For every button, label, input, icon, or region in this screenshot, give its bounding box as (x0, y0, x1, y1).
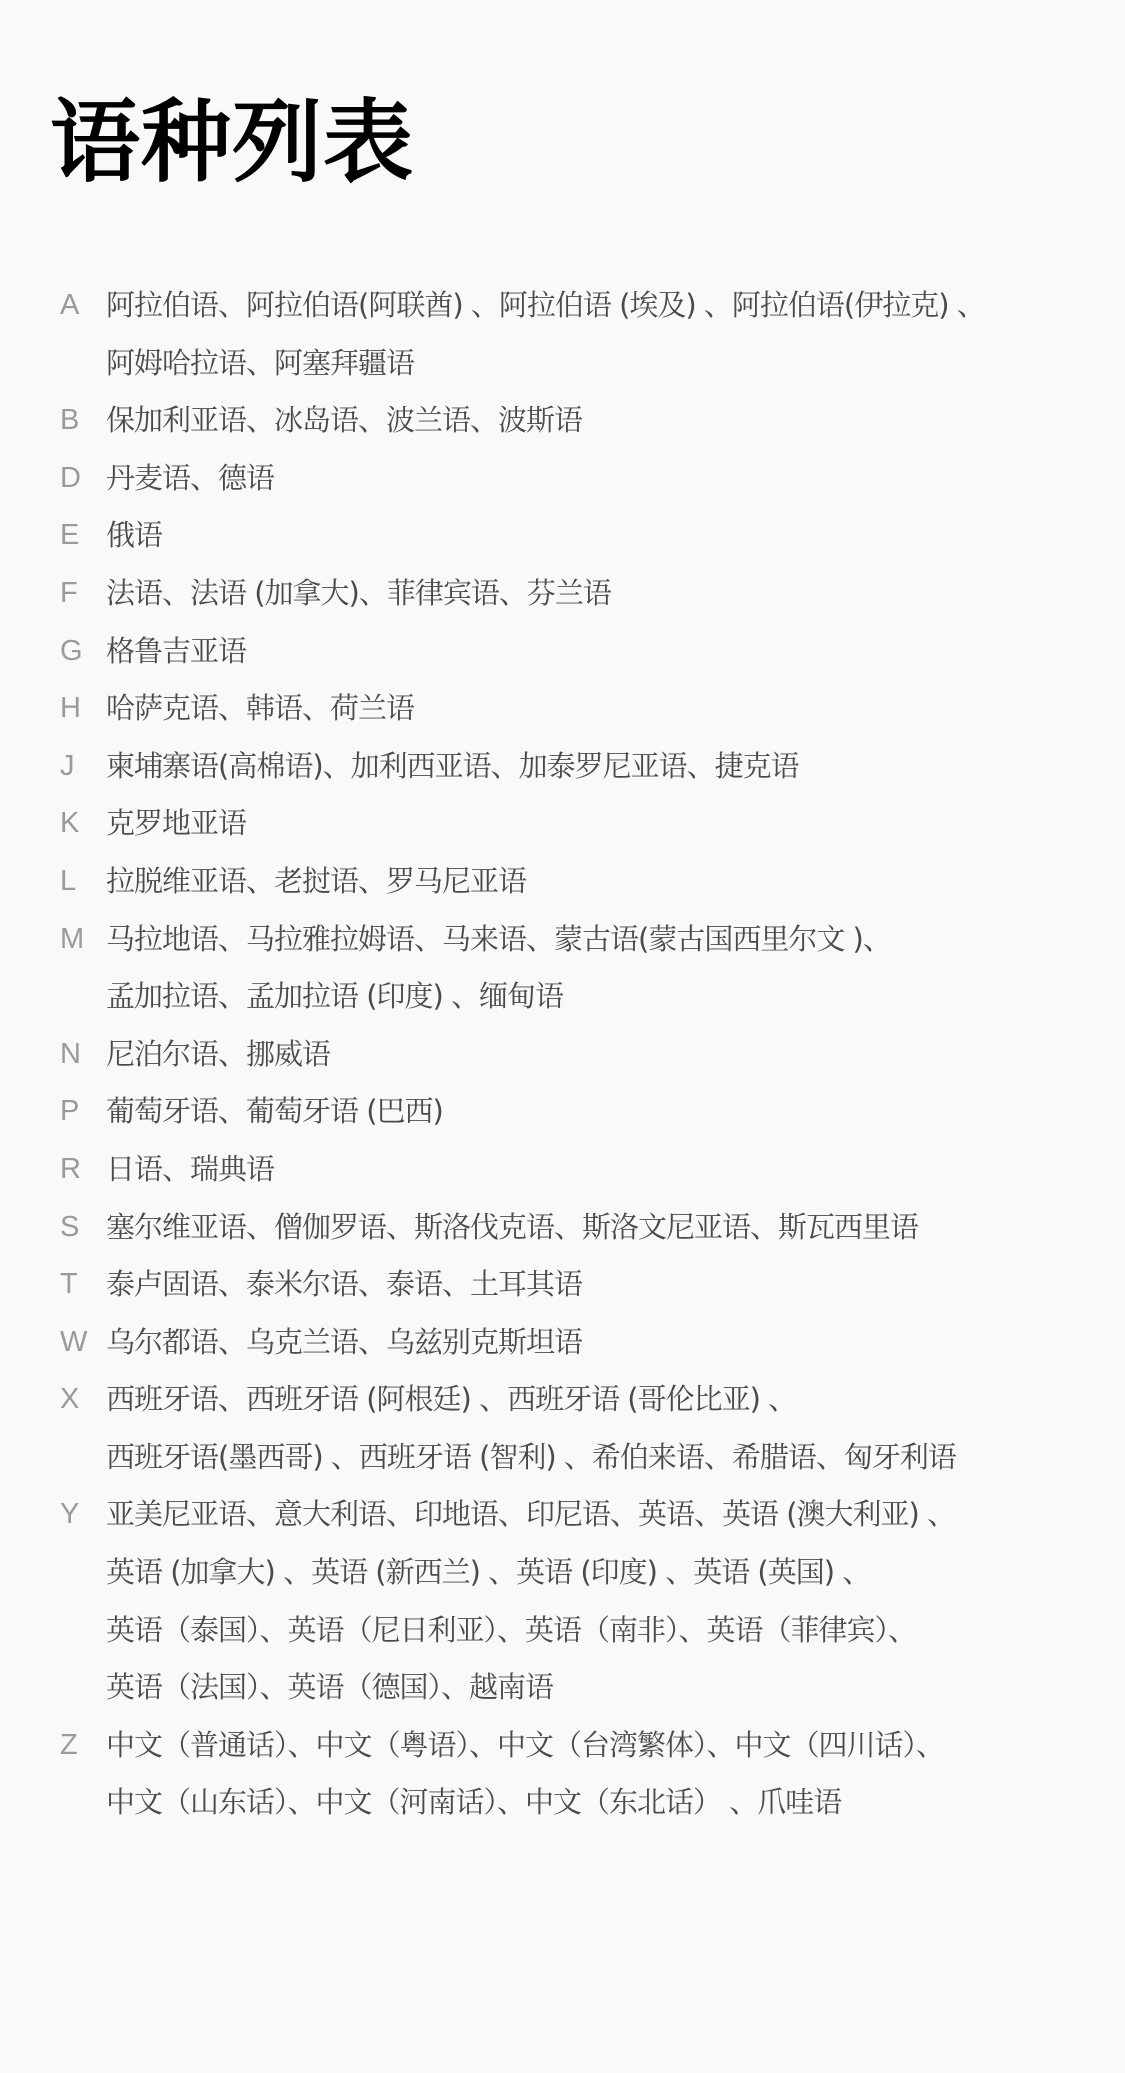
language-line: 乌尔都语、乌克兰语、乌兹别克斯坦语 (106, 1314, 1105, 1372)
index-letter: Z (0, 1717, 106, 1775)
index-letter: B (0, 392, 106, 450)
language-group-e: E俄语 (0, 507, 1125, 565)
language-names: 尼泊尔语、挪威语 (106, 1026, 1125, 1084)
language-line: 尼泊尔语、挪威语 (106, 1026, 1105, 1084)
language-line: 塞尔维亚语、僧伽罗语、斯洛伐克语、斯洛文尼亚语、斯瓦西里语 (106, 1199, 1105, 1257)
language-line: 孟加拉语、孟加拉语 (印度) 、缅甸语 (106, 968, 1105, 1026)
language-names: 拉脱维亚语、老挝语、罗马尼亚语 (106, 853, 1125, 911)
language-group-g: G格鲁吉亚语 (0, 623, 1125, 681)
language-group-r: R日语、瑞典语 (0, 1141, 1125, 1199)
language-group-x: X西班牙语、西班牙语 (阿根廷) 、西班牙语 (哥伦比亚) 、西班牙语(墨西哥)… (0, 1371, 1125, 1486)
language-list: A阿拉伯语、阿拉伯语(阿联酋) 、阿拉伯语 (埃及) 、阿拉伯语(伊拉克) 、阿… (0, 277, 1125, 1832)
language-group-w: W乌尔都语、乌克兰语、乌兹别克斯坦语 (0, 1314, 1125, 1372)
language-group-a: A阿拉伯语、阿拉伯语(阿联酋) 、阿拉伯语 (埃及) 、阿拉伯语(伊拉克) 、阿… (0, 277, 1125, 392)
language-group-j: J柬埔寨语(高棉语)、加利西亚语、加泰罗尼亚语、捷克语 (0, 738, 1125, 796)
language-group-t: T泰卢固语、泰米尔语、泰语、土耳其语 (0, 1256, 1125, 1314)
language-names: 法语、法语 (加拿大)、菲律宾语、芬兰语 (106, 565, 1125, 623)
language-line: 格鲁吉亚语 (106, 623, 1105, 681)
language-line: 英语（泰国）、英语（尼日利亚）、英语（南非）、英语（菲律宾）、 (106, 1602, 1105, 1660)
language-names: 阿拉伯语、阿拉伯语(阿联酋) 、阿拉伯语 (埃及) 、阿拉伯语(伊拉克) 、阿姆… (106, 277, 1125, 392)
index-letter: J (0, 738, 106, 796)
language-names: 马拉地语、马拉雅拉姆语、马来语、蒙古语(蒙古国西里尔文 )、孟加拉语、孟加拉语 … (106, 911, 1125, 1026)
language-line: 丹麦语、德语 (106, 450, 1105, 508)
language-group-m: M马拉地语、马拉雅拉姆语、马来语、蒙古语(蒙古国西里尔文 )、孟加拉语、孟加拉语… (0, 911, 1125, 1026)
language-line: 中文（普通话）、中文（粤语）、中文（台湾繁体）、中文（四川话）、 (106, 1717, 1105, 1775)
language-line: 法语、法语 (加拿大)、菲律宾语、芬兰语 (106, 565, 1105, 623)
language-line: 亚美尼亚语、意大利语、印地语、印尼语、英语、英语 (澳大利亚) 、 (106, 1486, 1105, 1544)
index-letter: Y (0, 1486, 106, 1544)
index-letter: K (0, 795, 106, 853)
language-line: 克罗地亚语 (106, 795, 1105, 853)
language-line: 日语、瑞典语 (106, 1141, 1105, 1199)
language-line: 西班牙语、西班牙语 (阿根廷) 、西班牙语 (哥伦比亚) 、 (106, 1371, 1105, 1429)
language-line: 英语（法国）、英语（德国）、越南语 (106, 1659, 1105, 1717)
language-group-z: Z中文（普通话）、中文（粤语）、中文（台湾繁体）、中文（四川话）、中文（山东话）… (0, 1717, 1125, 1832)
index-letter: D (0, 450, 106, 508)
index-letter: W (0, 1314, 106, 1372)
language-names: 格鲁吉亚语 (106, 623, 1125, 681)
index-letter: F (0, 565, 106, 623)
language-names: 丹麦语、德语 (106, 450, 1125, 508)
index-letter: R (0, 1141, 106, 1199)
language-line: 阿姆哈拉语、阿塞拜疆语 (106, 335, 1105, 393)
index-letter: M (0, 911, 106, 969)
language-group-l: L拉脱维亚语、老挝语、罗马尼亚语 (0, 853, 1125, 911)
language-names: 日语、瑞典语 (106, 1141, 1125, 1199)
language-line: 中文（山东话）、中文（河南话）、中文（东北话） 、爪哇语 (106, 1774, 1105, 1832)
language-names: 柬埔寨语(高棉语)、加利西亚语、加泰罗尼亚语、捷克语 (106, 738, 1125, 796)
language-names: 泰卢固语、泰米尔语、泰语、土耳其语 (106, 1256, 1125, 1314)
language-group-f: F法语、法语 (加拿大)、菲律宾语、芬兰语 (0, 565, 1125, 623)
language-group-h: H哈萨克语、韩语、荷兰语 (0, 680, 1125, 738)
index-letter: E (0, 507, 106, 565)
index-letter: L (0, 853, 106, 911)
language-line: 泰卢固语、泰米尔语、泰语、土耳其语 (106, 1256, 1105, 1314)
index-letter: T (0, 1256, 106, 1314)
language-names: 西班牙语、西班牙语 (阿根廷) 、西班牙语 (哥伦比亚) 、西班牙语(墨西哥) … (106, 1371, 1125, 1486)
language-line: 马拉地语、马拉雅拉姆语、马来语、蒙古语(蒙古国西里尔文 )、 (106, 911, 1105, 969)
language-line: 葡萄牙语、葡萄牙语 (巴西) (106, 1083, 1105, 1141)
language-group-n: N尼泊尔语、挪威语 (0, 1026, 1125, 1084)
language-line: 英语 (加拿大) 、英语 (新西兰) 、英语 (印度) 、英语 (英国) 、 (106, 1544, 1105, 1602)
language-line: 俄语 (106, 507, 1105, 565)
language-group-p: P葡萄牙语、葡萄牙语 (巴西) (0, 1083, 1125, 1141)
index-letter: N (0, 1026, 106, 1084)
language-names: 俄语 (106, 507, 1125, 565)
language-group-y: Y亚美尼亚语、意大利语、印地语、印尼语、英语、英语 (澳大利亚) 、英语 (加拿… (0, 1486, 1125, 1716)
language-names: 保加利亚语、冰岛语、波兰语、波斯语 (106, 392, 1125, 450)
index-letter: A (0, 277, 106, 335)
language-line: 保加利亚语、冰岛语、波兰语、波斯语 (106, 392, 1105, 450)
language-names: 中文（普通话）、中文（粤语）、中文（台湾繁体）、中文（四川话）、中文（山东话）、… (106, 1717, 1125, 1832)
language-names: 亚美尼亚语、意大利语、印地语、印尼语、英语、英语 (澳大利亚) 、英语 (加拿大… (106, 1486, 1125, 1716)
index-letter: S (0, 1199, 106, 1257)
language-names: 葡萄牙语、葡萄牙语 (巴西) (106, 1083, 1125, 1141)
language-group-d: D丹麦语、德语 (0, 450, 1125, 508)
language-line: 柬埔寨语(高棉语)、加利西亚语、加泰罗尼亚语、捷克语 (106, 738, 1105, 796)
language-line: 西班牙语(墨西哥) 、西班牙语 (智利) 、希伯来语、希腊语、匈牙利语 (106, 1429, 1105, 1487)
index-letter: G (0, 623, 106, 681)
language-names: 乌尔都语、乌克兰语、乌兹别克斯坦语 (106, 1314, 1125, 1372)
index-letter: X (0, 1371, 106, 1429)
language-names: 克罗地亚语 (106, 795, 1125, 853)
language-group-s: S塞尔维亚语、僧伽罗语、斯洛伐克语、斯洛文尼亚语、斯瓦西里语 (0, 1199, 1125, 1257)
language-group-b: B保加利亚语、冰岛语、波兰语、波斯语 (0, 392, 1125, 450)
language-names: 塞尔维亚语、僧伽罗语、斯洛伐克语、斯洛文尼亚语、斯瓦西里语 (106, 1199, 1125, 1257)
index-letter: P (0, 1083, 106, 1141)
language-names: 哈萨克语、韩语、荷兰语 (106, 680, 1125, 738)
language-group-k: K克罗地亚语 (0, 795, 1125, 853)
language-line: 阿拉伯语、阿拉伯语(阿联酋) 、阿拉伯语 (埃及) 、阿拉伯语(伊拉克) 、 (106, 277, 1105, 335)
index-letter: H (0, 680, 106, 738)
language-line: 拉脱维亚语、老挝语、罗马尼亚语 (106, 853, 1105, 911)
page-title: 语种列表 (50, 88, 414, 198)
language-line: 哈萨克语、韩语、荷兰语 (106, 680, 1105, 738)
